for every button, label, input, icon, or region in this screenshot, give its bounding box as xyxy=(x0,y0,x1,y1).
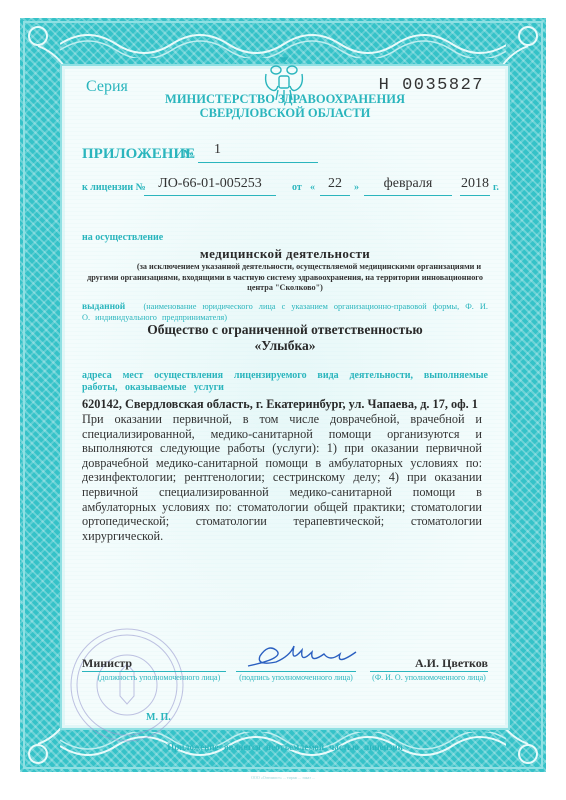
license-from-label: от xyxy=(292,182,302,193)
annex-number: 1 xyxy=(214,142,221,158)
position-caption: (должность уполномоченного лица) xyxy=(92,673,226,682)
license-month: февраля xyxy=(364,176,452,196)
license-day: 22 xyxy=(320,176,350,196)
annex-number-sign: № xyxy=(183,148,194,160)
handwritten-signature-icon xyxy=(246,640,366,670)
exclusion-line-1: (за исключением указанной деятельности, … xyxy=(82,262,488,273)
position-underline xyxy=(82,671,226,672)
ministry-line-2: СВЕРДЛОВСКОЙ ОБЛАСТИ xyxy=(62,106,508,120)
license-year: 2018 xyxy=(460,176,490,196)
footer-note: Приложение является неотъемлемой частью … xyxy=(62,742,508,752)
activity-exclusion: (за исключением указанной деятельности, … xyxy=(82,262,488,294)
printer-imprint: ООО «Оптимист» ... тираж ... заказ ... xyxy=(0,775,566,780)
year-suffix: г. xyxy=(493,182,499,193)
quote-open: « xyxy=(310,182,315,193)
signer-name: А.И. Цветков xyxy=(415,656,488,671)
seal-label: М. П. xyxy=(146,712,171,723)
organization-line-1: Общество с ограниченной ответственностью xyxy=(62,322,508,338)
license-annex-sheet: Серия Н 0035827 МИНИСТЕРСТВО ЗДРАВООХРАН… xyxy=(20,18,546,772)
name-caption: (Ф. И. О. уполномоченного лица) xyxy=(370,673,488,682)
document-body: Серия Н 0035827 МИНИСТЕРСТВО ЗДРАВООХРАН… xyxy=(60,64,510,730)
license-number: ЛО-66-01-005253 xyxy=(144,176,276,196)
issued-to-label-row: выданной (наименование юридического лица… xyxy=(82,302,488,323)
for-label: на осуществление xyxy=(82,232,163,243)
name-underline xyxy=(370,671,488,672)
address: 620142, Свердловская область, г. Екатери… xyxy=(82,397,478,412)
issued-label: выданной xyxy=(82,302,125,312)
ministry-line-1: МИНИСТЕРСТВО ЗДРАВООХРАНЕНИЯ xyxy=(62,92,508,106)
organization-name: Общество с ограниченной ответственностью… xyxy=(62,322,508,354)
top-wave-ornament xyxy=(60,24,506,58)
exclusion-line-2: другими организациями, входящими в частн… xyxy=(82,273,488,284)
license-label: к лицензии № xyxy=(82,182,146,193)
signature-caption: (подпись уполномоченного лица) xyxy=(236,673,356,682)
signer-position: Министр xyxy=(82,656,132,671)
ministry-name: МИНИСТЕРСТВО ЗДРАВООХРАНЕНИЯ СВЕРДЛОВСКО… xyxy=(62,92,508,120)
services-description: При оказании первичной, в том числе довр… xyxy=(82,412,482,543)
activity-type: медицинской деятельности xyxy=(62,246,508,262)
signature-underline xyxy=(236,671,356,672)
signature-row: Министр (должность уполномоченного лица)… xyxy=(82,656,488,692)
organization-line-2: «Улыбка» xyxy=(62,338,508,354)
address-label: адреса мест осуществления лицензируемого… xyxy=(82,370,488,394)
license-reference-row: к лицензии № ЛО-66-01-005253 от « 22 » ф… xyxy=(82,176,488,198)
annex-number-underline xyxy=(198,162,318,163)
quote-close: » xyxy=(354,182,359,193)
issued-hint: (наименование юридического лица с указан… xyxy=(82,302,488,322)
annex-label: ПРИЛОЖЕНИЕ xyxy=(82,146,195,163)
exclusion-line-3: центра "Сколково") xyxy=(82,283,488,294)
